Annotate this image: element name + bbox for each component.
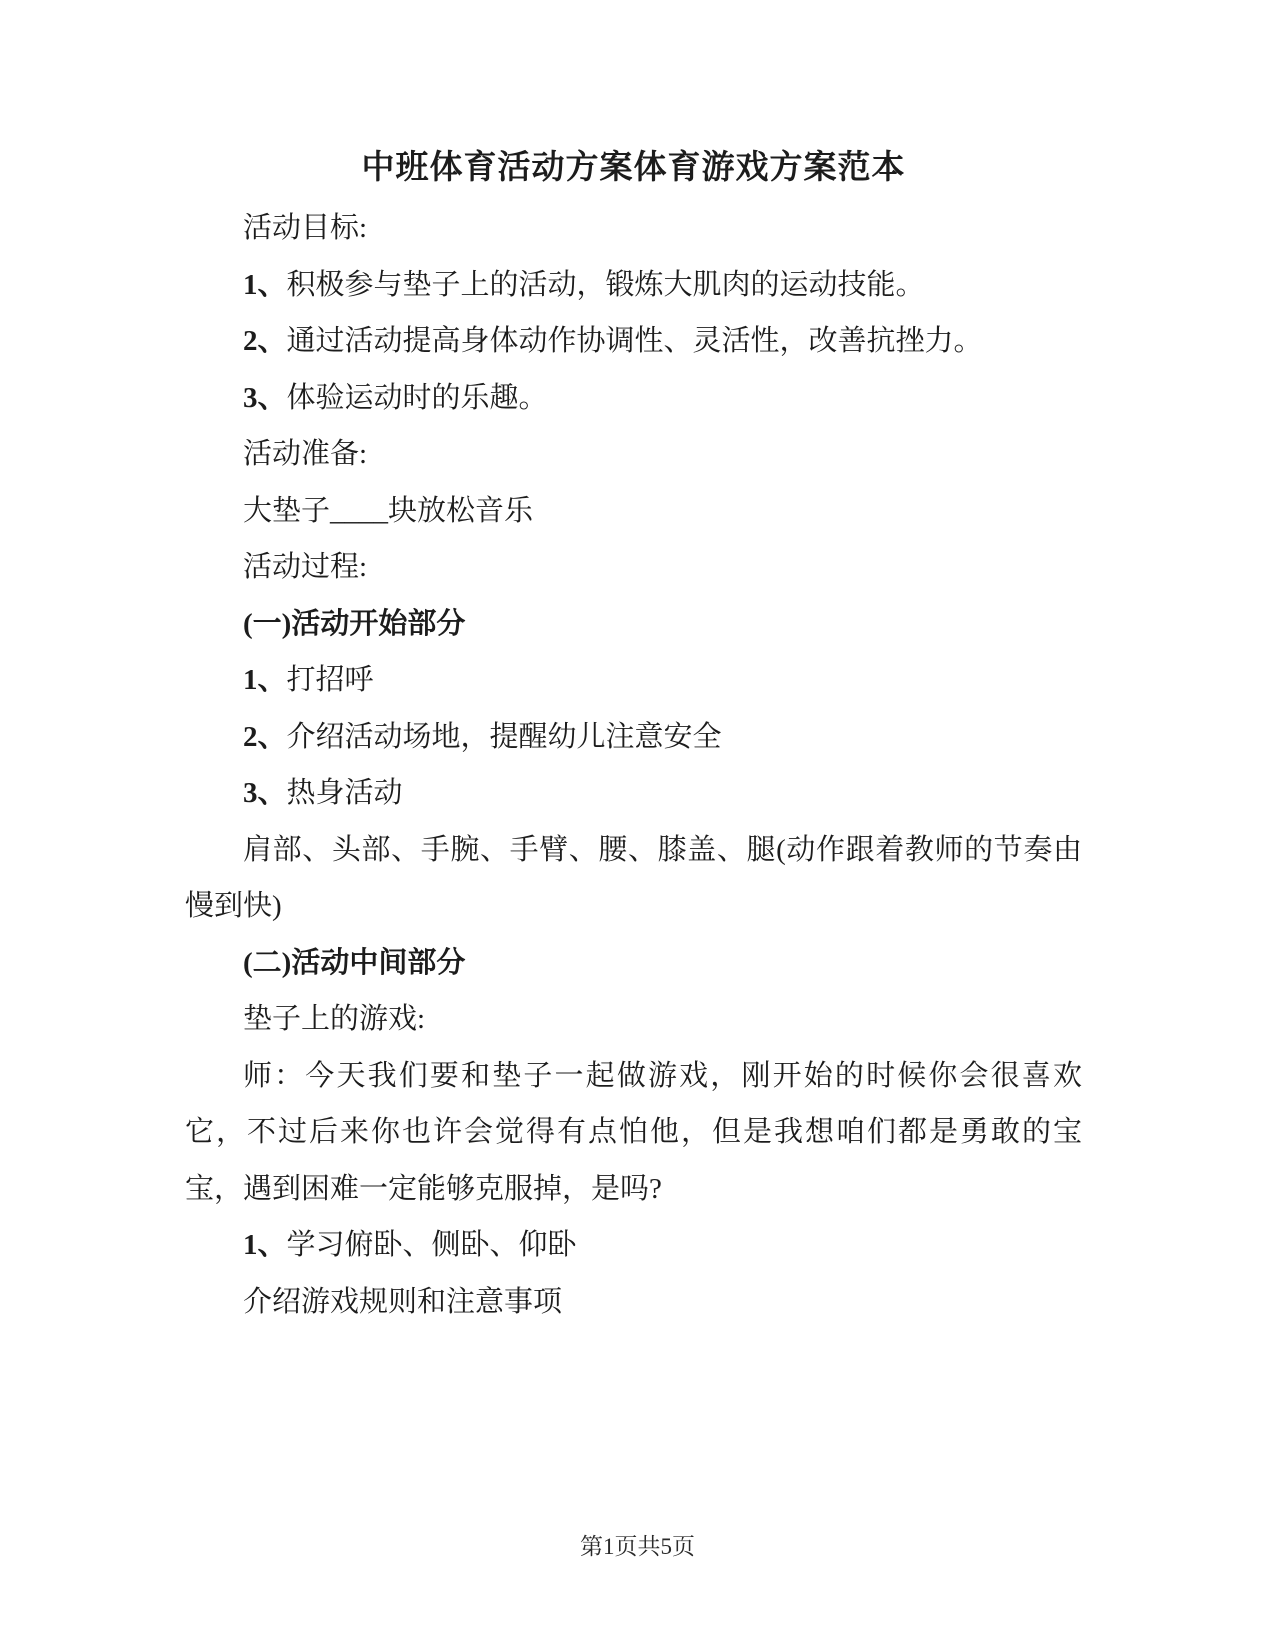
paragraph: 大垫子____块放松音乐 <box>185 483 1082 540</box>
paragraph: 2、介绍活动场地，提醒幼儿注意安全 <box>185 709 1082 766</box>
fill-in-blank: ____ <box>330 495 388 527</box>
paragraph: 活动准备: <box>185 426 1082 483</box>
list-number: 1、 <box>243 269 287 301</box>
paragraph: 1、打招呼 <box>185 652 1082 709</box>
text-run: 积极参与垫子上的活动，锻炼大肌肉的运动技能。 <box>287 269 925 301</box>
text-run: 介绍游戏规则和注意事项 <box>243 1286 562 1318</box>
text-run: 大垫子 <box>243 495 330 527</box>
text-run: 师：今天我们要和垫子一起做游戏，刚开始的时候你会很喜欢它，不过后来你也许会觉得有… <box>185 1060 1082 1205</box>
text-run: 体验运动时的乐趣。 <box>287 382 548 414</box>
text-run: 介绍活动场地，提醒幼儿注意安全 <box>287 721 722 753</box>
list-number: 2、 <box>243 325 287 357</box>
text-run: 活动过程: <box>243 551 367 583</box>
text-run: 活动准备: <box>243 438 367 470</box>
paragraph: 1、积极参与垫子上的活动，锻炼大肌肉的运动技能。 <box>185 257 1082 314</box>
list-number: 1、 <box>243 1229 287 1261</box>
document-content: 中班体育活动方案体育游戏方案范本 活动目标:1、积极参与垫子上的活动，锻炼大肌肉… <box>185 136 1082 1330</box>
document-title: 中班体育活动方案体育游戏方案范本 <box>185 136 1082 200</box>
paragraph: 1、学习俯卧、侧卧、仰卧 <box>185 1217 1082 1274</box>
text-run: 通过活动提高身体动作协调性、灵活性，改善抗挫力。 <box>287 325 983 357</box>
section-heading: (一)活动开始部分 <box>185 596 1082 653</box>
paragraph: 2、通过活动提高身体动作协调性、灵活性，改善抗挫力。 <box>185 313 1082 370</box>
list-number: 3、 <box>243 777 287 809</box>
text-run: (二)活动中间部分 <box>243 947 465 979</box>
text-run: 活动目标: <box>243 212 367 244</box>
paragraph: 活动目标: <box>185 200 1082 257</box>
text-run: 学习俯卧、侧卧、仰卧 <box>287 1229 577 1261</box>
list-number: 1、 <box>243 664 287 696</box>
section-heading: (二)活动中间部分 <box>185 935 1082 992</box>
list-number: 3、 <box>243 382 287 414</box>
text-run: (一)活动开始部分 <box>243 608 465 640</box>
page-footer: 第1页共5页 <box>0 1528 1275 1561</box>
text-run: 热身活动 <box>287 777 403 809</box>
paragraph: 3、体验运动时的乐趣。 <box>185 370 1082 427</box>
paragraph: 师：今天我们要和垫子一起做游戏，刚开始的时候你会很喜欢它，不过后来你也许会觉得有… <box>185 1048 1082 1218</box>
text-run: 打招呼 <box>287 664 374 696</box>
paragraph: 垫子上的游戏: <box>185 991 1082 1048</box>
text-run: 块放松音乐 <box>388 495 533 527</box>
paragraph: 肩部、头部、手腕、手臂、腰、膝盖、腿(动作跟着教师的节奏由慢到快) <box>185 822 1082 935</box>
text-run: 肩部、头部、手腕、手臂、腰、膝盖、腿(动作跟着教师的节奏由慢到快) <box>185 834 1082 923</box>
list-number: 2、 <box>243 721 287 753</box>
document-body: 活动目标:1、积极参与垫子上的活动，锻炼大肌肉的运动技能。2、通过活动提高身体动… <box>185 200 1082 1330</box>
page-number: 第1页共5页 <box>580 1534 695 1559</box>
document-page: 中班体育活动方案体育游戏方案范本 活动目标:1、积极参与垫子上的活动，锻炼大肌肉… <box>0 0 1275 1650</box>
text-run: 垫子上的游戏: <box>243 1003 425 1035</box>
paragraph: 介绍游戏规则和注意事项 <box>185 1274 1082 1331</box>
paragraph: 活动过程: <box>185 539 1082 596</box>
paragraph: 3、热身活动 <box>185 765 1082 822</box>
